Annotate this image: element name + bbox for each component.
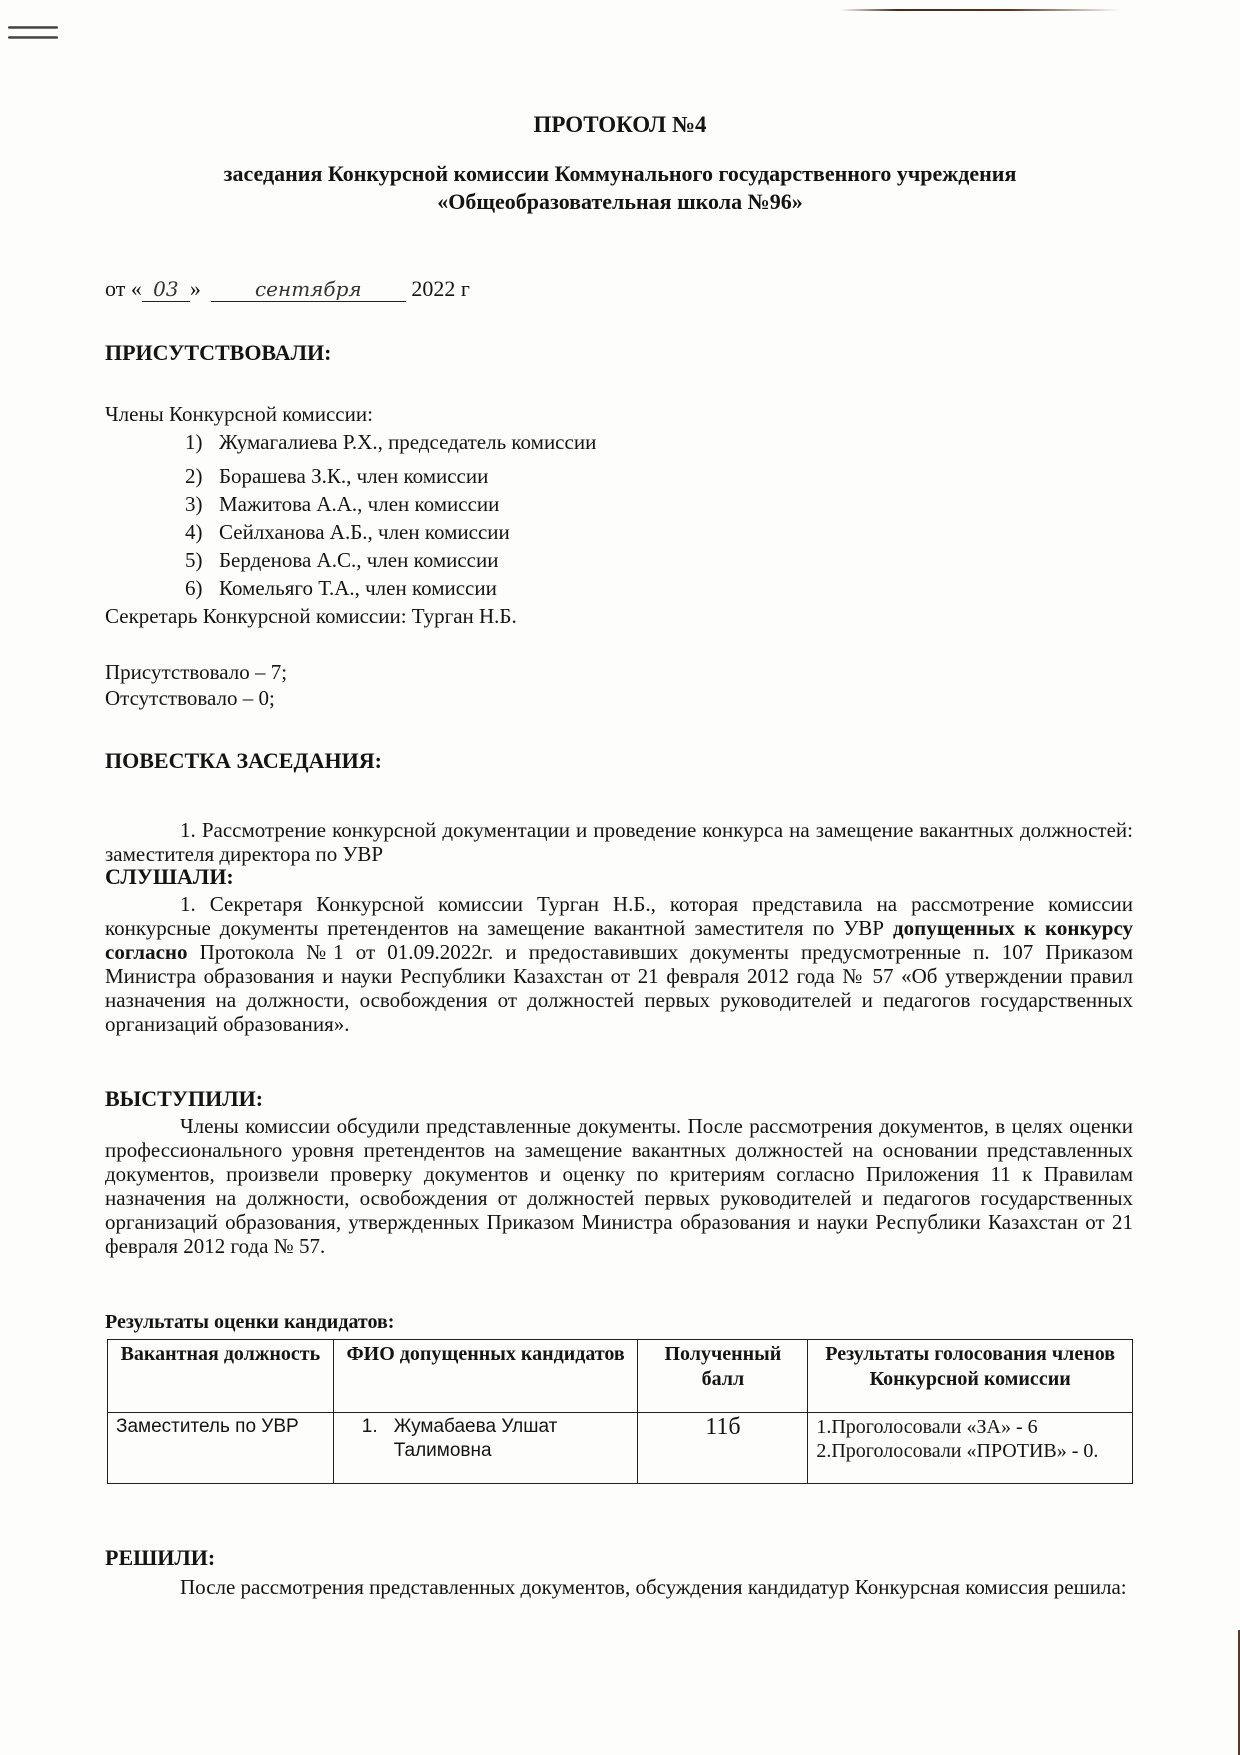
vote-against: 2.Проголосовали «ПРОТИВ» - 0.: [816, 1439, 1124, 1463]
cell-vote: 1.Проголосовали «ЗА» - 6 2.Проголосовали…: [808, 1413, 1133, 1484]
heard-heading: СЛУШАЛИ:: [105, 864, 234, 890]
document-title: ПРОТОКОЛ №4: [0, 112, 1240, 138]
col-header-position: Вакантная должность: [108, 1340, 334, 1413]
agenda-item-1: 1. Рассмотрение конкурсной документации …: [105, 818, 1133, 866]
cell-candidate: 1. Жумабаева Улшат Талимовна: [333, 1413, 638, 1484]
subtitle-line-2: «Общеобразовательная школа №96»: [140, 188, 1100, 216]
heard-text: 1. Секретаря Конкурсной комиссии Турган …: [105, 892, 1133, 1036]
staple-mark: [8, 26, 58, 29]
staple-mark: [8, 36, 58, 39]
table-row: Заместитель по УВР 1. Жумабаева Улшат Та…: [108, 1413, 1133, 1484]
date-prefix: от «: [105, 276, 142, 301]
members-label: Члены Конкурсной комиссии:: [105, 400, 596, 428]
document-subtitle: заседания Конкурсной комиссии Коммунальн…: [140, 160, 1100, 216]
date-month-handwritten: сентября: [211, 277, 406, 302]
member-item: 6)Комельяго Т.А., член комиссии: [105, 574, 596, 602]
cell-position: Заместитель по УВР: [108, 1413, 334, 1484]
spoke-text: Члены комиссии обсудили представленные д…: [105, 1114, 1133, 1258]
present-heading: ПРИСУТСТВОВАЛИ:: [105, 340, 331, 366]
member-item: 4)Сейлханова А.Б., член комиссии: [105, 518, 596, 546]
col-header-candidates: ФИО допущенных кандидатов: [333, 1340, 638, 1413]
date-mid: »: [190, 276, 201, 301]
col-header-vote: Результаты голосования членов Конкурсной…: [808, 1340, 1133, 1413]
member-item: 5)Берденова А.С., член комиссии: [105, 546, 596, 574]
subtitle-line-1: заседания Конкурсной комиссии Коммунальн…: [140, 160, 1100, 188]
member-item: 1)Жумагалиева Р.Х., председатель комисси…: [105, 428, 596, 456]
vote-for: 1.Проголосовали «ЗА» - 6: [816, 1415, 1124, 1439]
decided-heading: РЕШИЛИ:: [105, 1545, 215, 1571]
attended-count: Присутствовало – 7;: [105, 660, 287, 684]
results-table: Вакантная должность ФИО допущенных канди…: [107, 1339, 1133, 1484]
meeting-date: от «03»сентября 2022 г: [105, 276, 470, 302]
results-heading: Результаты оценки кандидатов:: [105, 1311, 394, 1334]
spoke-heading: ВЫСТУПИЛИ:: [105, 1086, 263, 1112]
col-header-score: Полученный балл: [638, 1340, 808, 1413]
member-item: 2)Борашева З.К., член комиссии: [105, 462, 596, 490]
agenda-heading: ПОВЕСТКА ЗАСЕДАНИЯ:: [105, 748, 382, 774]
date-year: 2022 г: [411, 276, 470, 301]
cell-score: 11б: [638, 1413, 808, 1484]
members-list: 1)Жумагалиева Р.Х., председатель комисси…: [105, 428, 596, 602]
decided-text: После рассмотрения представленных докуме…: [105, 1575, 1133, 1599]
scan-edge-line: [840, 9, 1120, 11]
member-item: 3)Мажитова А.А., член комиссии: [105, 490, 596, 518]
secretary: Секретарь Конкурсной комиссии: Турган Н.…: [105, 602, 596, 630]
commission-members: Члены Конкурсной комиссии: 1)Жумагалиева…: [105, 400, 596, 630]
date-day-handwritten: 03: [142, 277, 190, 302]
table-header-row: Вакантная должность ФИО допущенных канди…: [108, 1340, 1133, 1413]
absent-count: Отсутствовало – 0;: [105, 686, 275, 710]
